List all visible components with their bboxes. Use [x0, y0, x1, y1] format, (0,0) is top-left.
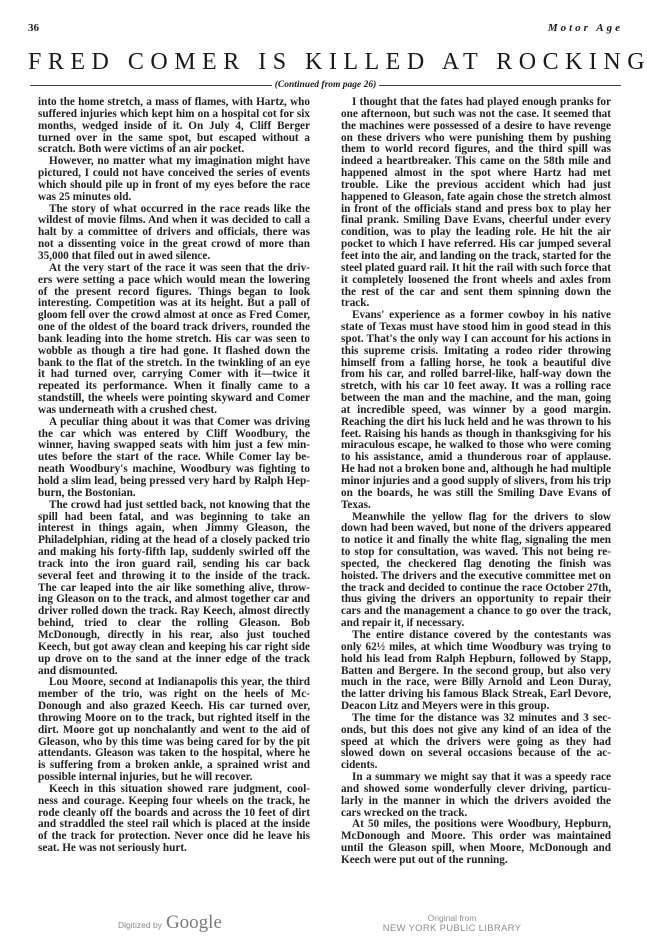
library-watermark: Original from NEW YORK PUBLIC LIBRARY [382, 913, 522, 934]
paragraph: In a summary we might say that it was a … [341, 772, 611, 819]
library-name: NEW YORK PUBLIC LIBRARY [382, 923, 522, 934]
paragraph: The time for the distance was 32 minutes… [341, 713, 611, 772]
page-header: 36 Motor Age [28, 22, 623, 38]
paragraph: At 50 miles, the positions were Woodbury… [341, 819, 611, 866]
paragraph: Lou Moore, second at Indianapolis this y… [38, 677, 310, 784]
paragraph: Keech in this situation showed rare judg… [38, 784, 310, 855]
paragraph: The crowd had just settled back, not kno… [38, 500, 310, 678]
page-number: 36 [28, 22, 39, 34]
continued-from-text: (Continued from page 26) [272, 80, 380, 90]
paragraph: Evans' experience as a former cowboy in … [341, 310, 611, 511]
paragraph: The story of what occurred in the race r… [38, 204, 310, 263]
left-column: into the home stretch, a mass of flames,… [38, 97, 310, 855]
right-column: I thought that the fates had played enou… [341, 97, 611, 867]
paragraph: At the very start of the race it was see… [38, 263, 310, 417]
article-title: FRED COMER IS KILLED AT ROCKINGHAM [28, 48, 623, 76]
paragraph: However, no matter what my imagination m… [38, 156, 310, 203]
paragraph: into the home stretch, a mass of flames,… [38, 97, 310, 156]
continued-from-line: (Continued from page 26) [30, 79, 621, 91]
digitized-by-label: Digitized by [118, 920, 162, 930]
divider-rule-left [30, 85, 272, 86]
google-logo: Google [166, 912, 222, 934]
digitized-by-watermark: Digitized by Google [118, 912, 222, 934]
paragraph: The entire distance covered by the conte… [341, 630, 611, 713]
paragraph: A peculiar thing about it was that Comer… [38, 417, 310, 500]
publication-name: Motor Age [548, 22, 623, 34]
paragraph: I thought that the fates had played enou… [341, 97, 611, 310]
original-from-label: Original from [382, 913, 522, 923]
divider-rule-right [379, 85, 621, 86]
paragraph: Meanwhile the yellow flag for the driver… [341, 512, 611, 630]
